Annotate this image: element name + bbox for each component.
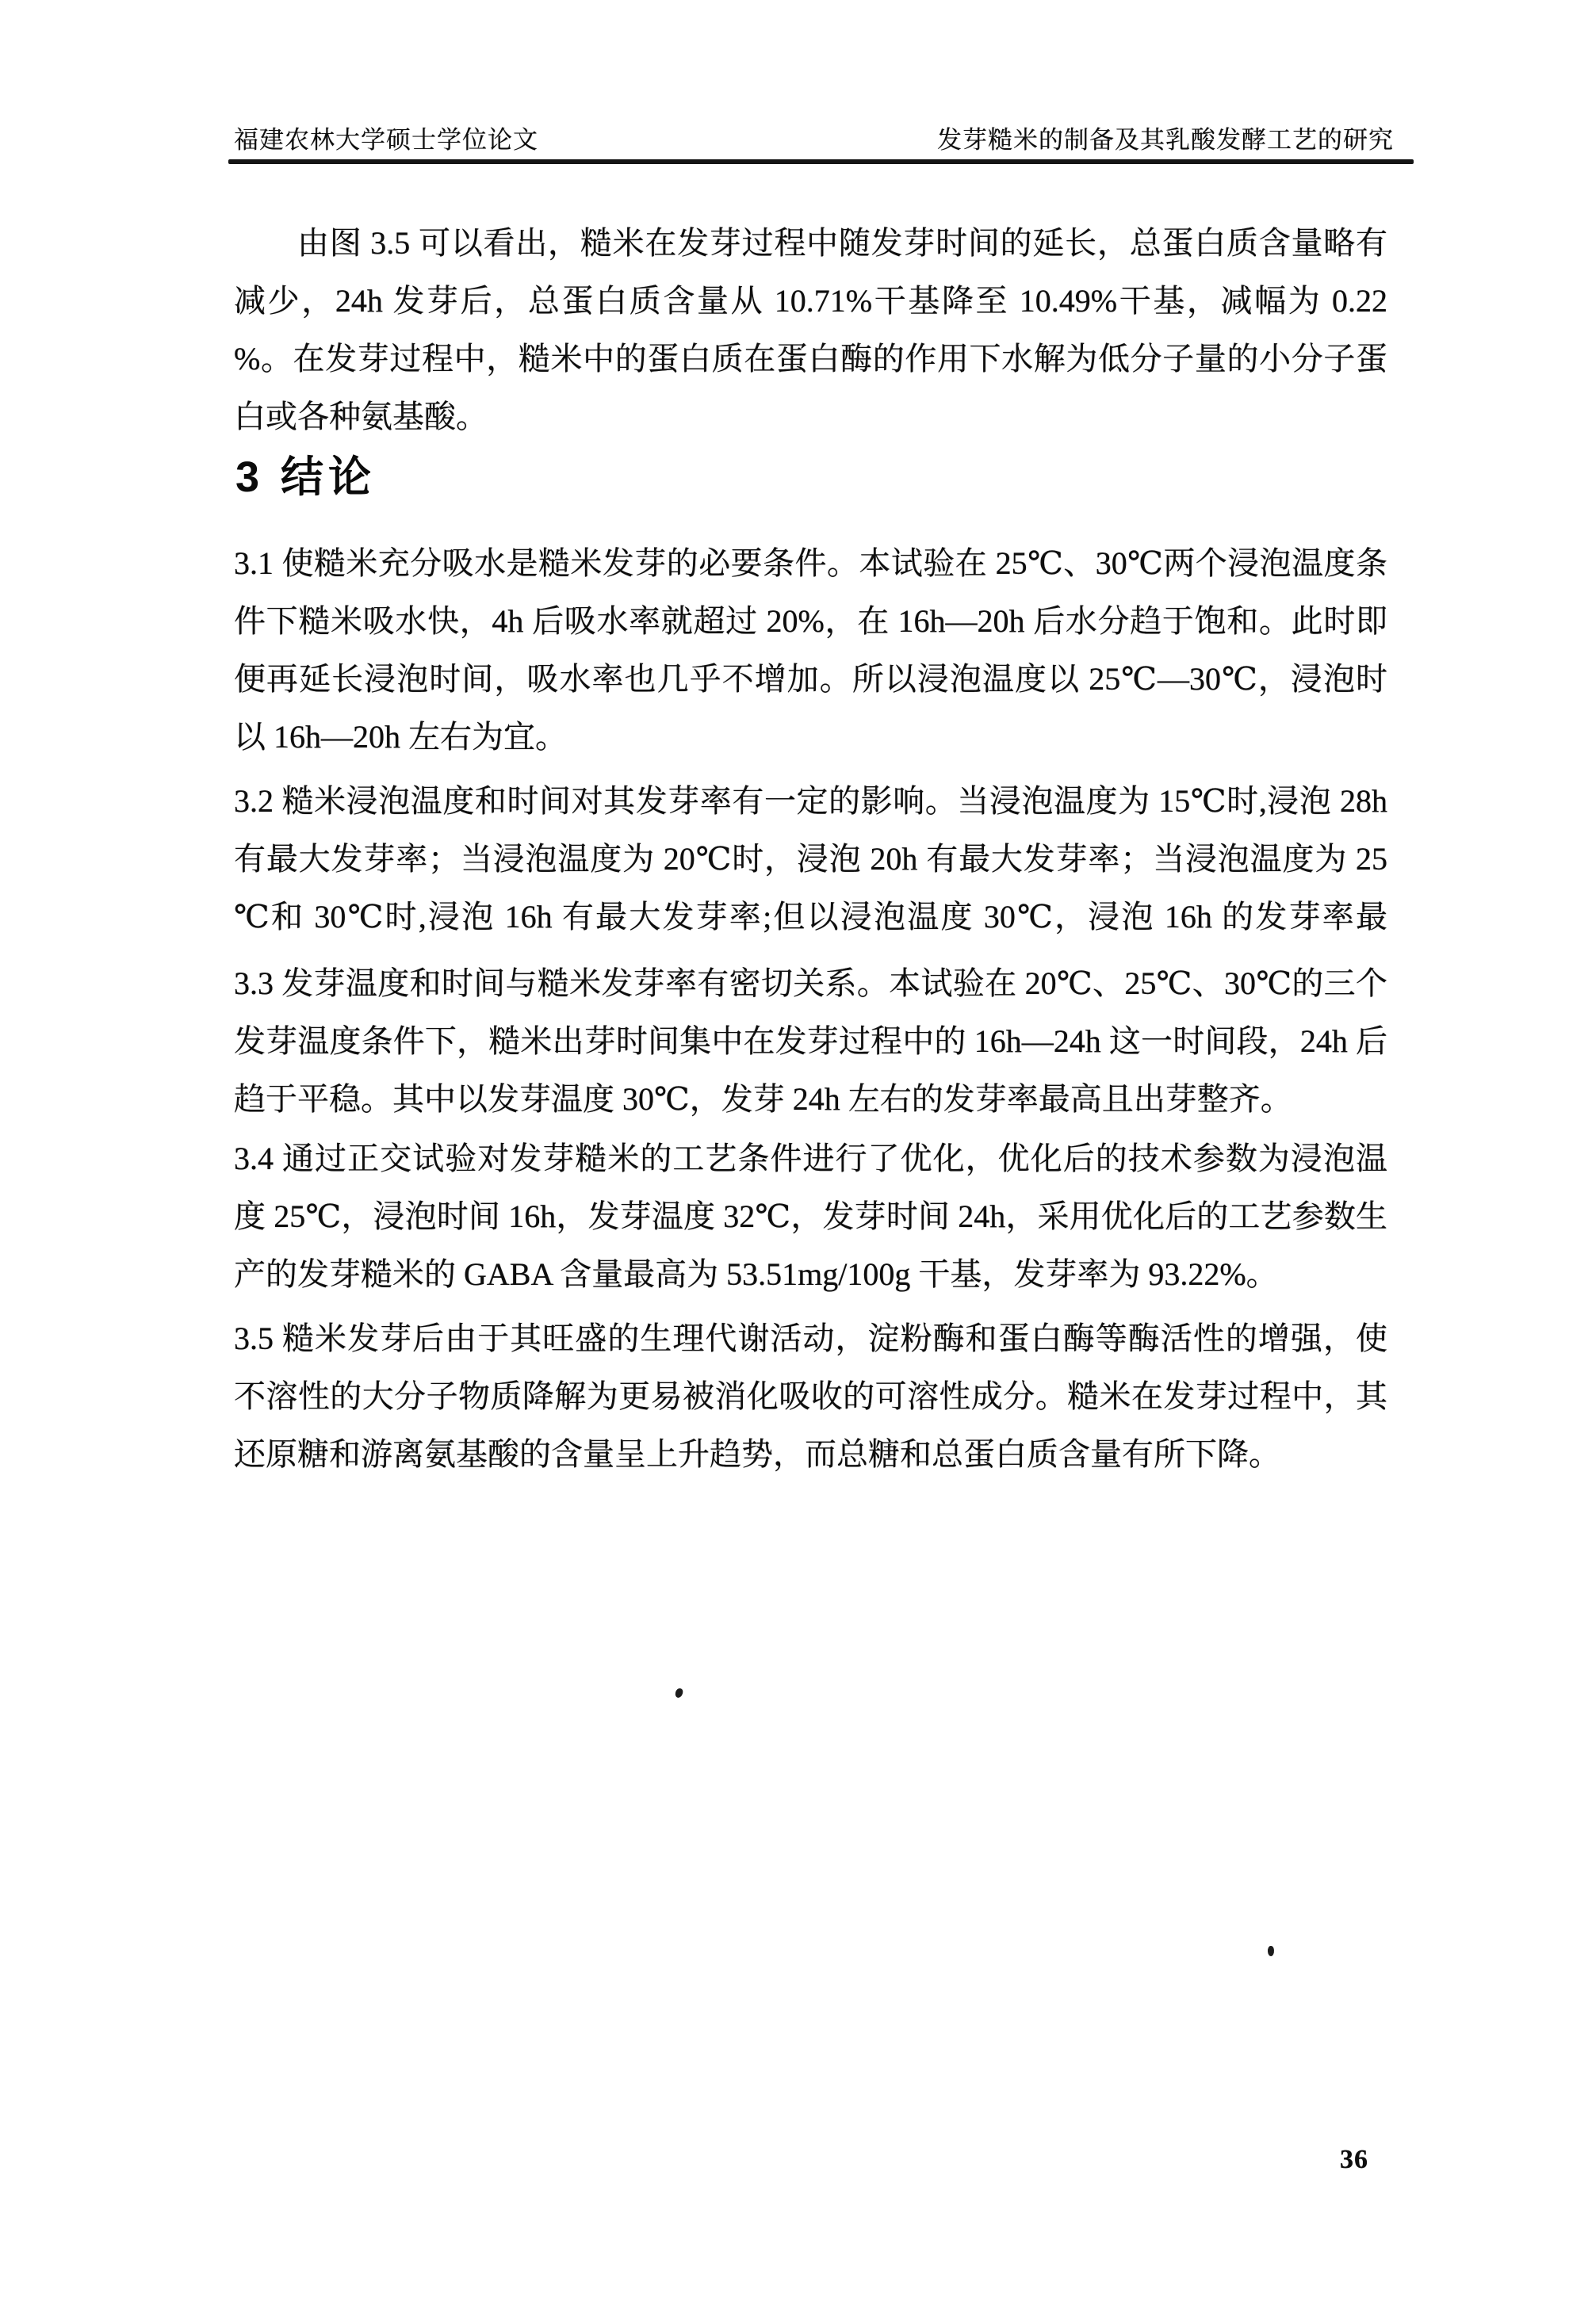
text-line: 白或各种氨基酸。 (234, 388, 1387, 445)
text-line: 发芽温度条件下，糙米出芽时间集中在发芽过程中的 16h—24h 这一时间段，24… (234, 1012, 1387, 1070)
header-rule (228, 159, 1414, 164)
page-header: 福建农林大学硕士学位论文 发芽糙米的制备及其乳酸发酵工艺的研究 (234, 120, 1394, 155)
text-line: 产的发芽糙米的 GABA 含量最高为 53.51mg/100g 干基，发芽率为 … (234, 1245, 1387, 1303)
text-line: 3.3 发芽温度和时间与糙米发芽率有密切关系。本试验在 20℃、25℃、30℃的… (234, 954, 1387, 1012)
text-line: %。在发芽过程中，糙米中的蛋白质在蛋白酶的作用下水解为低分子量的小分子蛋 (234, 330, 1387, 388)
text-line: 以 16h—20h 左右为宜。 (234, 708, 1387, 766)
section-3-1: 3.1 使糙米充分吸水是糙米发芽的必要条件。本试验在 25℃、30℃两个浸泡温度… (234, 534, 1387, 766)
text-line: 3.4 通过正交试验对发芽糙米的工艺条件进行了优化，优化后的技术参数为浸泡温 (234, 1130, 1387, 1187)
ink-speck (1268, 1946, 1275, 1957)
text-line: 件下糙米吸水快，4h 后吸水率就超过 20%，在 16h—20h 后水分趋于饱和… (234, 592, 1387, 650)
text-line: 3.5 糙米发芽后由于其旺盛的生理代谢活动，淀粉酶和蛋白酶等酶活性的增强，使 (234, 1309, 1387, 1367)
page-number: 36 (1340, 2145, 1368, 2175)
text-line: 不溶性的大分子物质降解为更易被消化吸收的可溶性成分。糙米在发芽过程中，其 (234, 1367, 1387, 1425)
text-line: 还原糖和游离氨基酸的含量呈上升趋势，而总糖和总蛋白质含量有所下降。 (234, 1425, 1387, 1483)
text-line: 便再延长浸泡时间，吸水率也几乎不增加。所以浸泡温度以 25℃—30℃，浸泡时间 (234, 650, 1387, 708)
ink-speck (675, 1688, 684, 1699)
section-3-2: 3.2 糙米浸泡温度和时间对其发芽率有一定的影响。当浸泡温度为 15℃时,浸泡 … (234, 772, 1387, 946)
section-3-5: 3.5 糙米发芽后由于其旺盛的生理代谢活动，淀粉酶和蛋白酶等酶活性的增强，使 不… (234, 1309, 1387, 1483)
text-line: 3.2 糙米浸泡温度和时间对其发芽率有一定的影响。当浸泡温度为 15℃时,浸泡 … (234, 772, 1387, 830)
conclusion-section-heading: 3 结论 (235, 449, 376, 506)
section-3-3: 3.3 发芽温度和时间与糙米发芽率有密切关系。本试验在 20℃、25℃、30℃的… (234, 954, 1387, 1128)
text-line: 有最大发芽率；当浸泡温度为 20℃时，浸泡 20h 有最大发芽率；当浸泡温度为 … (234, 830, 1387, 888)
text-line: 减少，24h 发芽后，总蛋白质含量从 10.71%干基降至 10.49%干基，减… (234, 272, 1387, 330)
thesis-page: 福建农林大学硕士学位论文 发芽糙米的制备及其乳酸发酵工艺的研究 由图 3.5 可… (0, 0, 1592, 2324)
header-left-title: 福建农林大学硕士学位论文 (234, 120, 538, 155)
text-line: 3.1 使糙米充分吸水是糙米发芽的必要条件。本试验在 25℃、30℃两个浸泡温度… (234, 534, 1387, 592)
text-line: 度 25℃，浸泡时间 16h，发芽温度 32℃，发芽时间 24h，采用优化后的工… (234, 1187, 1387, 1245)
section-3-4: 3.4 通过正交试验对发芽糙米的工艺条件进行了优化，优化后的技术参数为浸泡温 度… (234, 1130, 1387, 1303)
header-right-title: 发芽糙米的制备及其乳酸发酵工艺的研究 (937, 120, 1394, 155)
text-line: 趋于平稳。其中以发芽温度 30℃，发芽 24h 左右的发芽率最高且出芽整齐。 (234, 1070, 1387, 1128)
intro-paragraph: 由图 3.5 可以看出，糙米在发芽过程中随发芽时间的延长，总蛋白质含量略有 减少… (234, 214, 1387, 445)
text-line: ℃和 30℃时,浸泡 16h 有最大发芽率;但以浸泡温度 30℃，浸泡 16h … (234, 888, 1387, 946)
text-line: 由图 3.5 可以看出，糙米在发芽过程中随发芽时间的延长，总蛋白质含量略有 (234, 214, 1387, 272)
